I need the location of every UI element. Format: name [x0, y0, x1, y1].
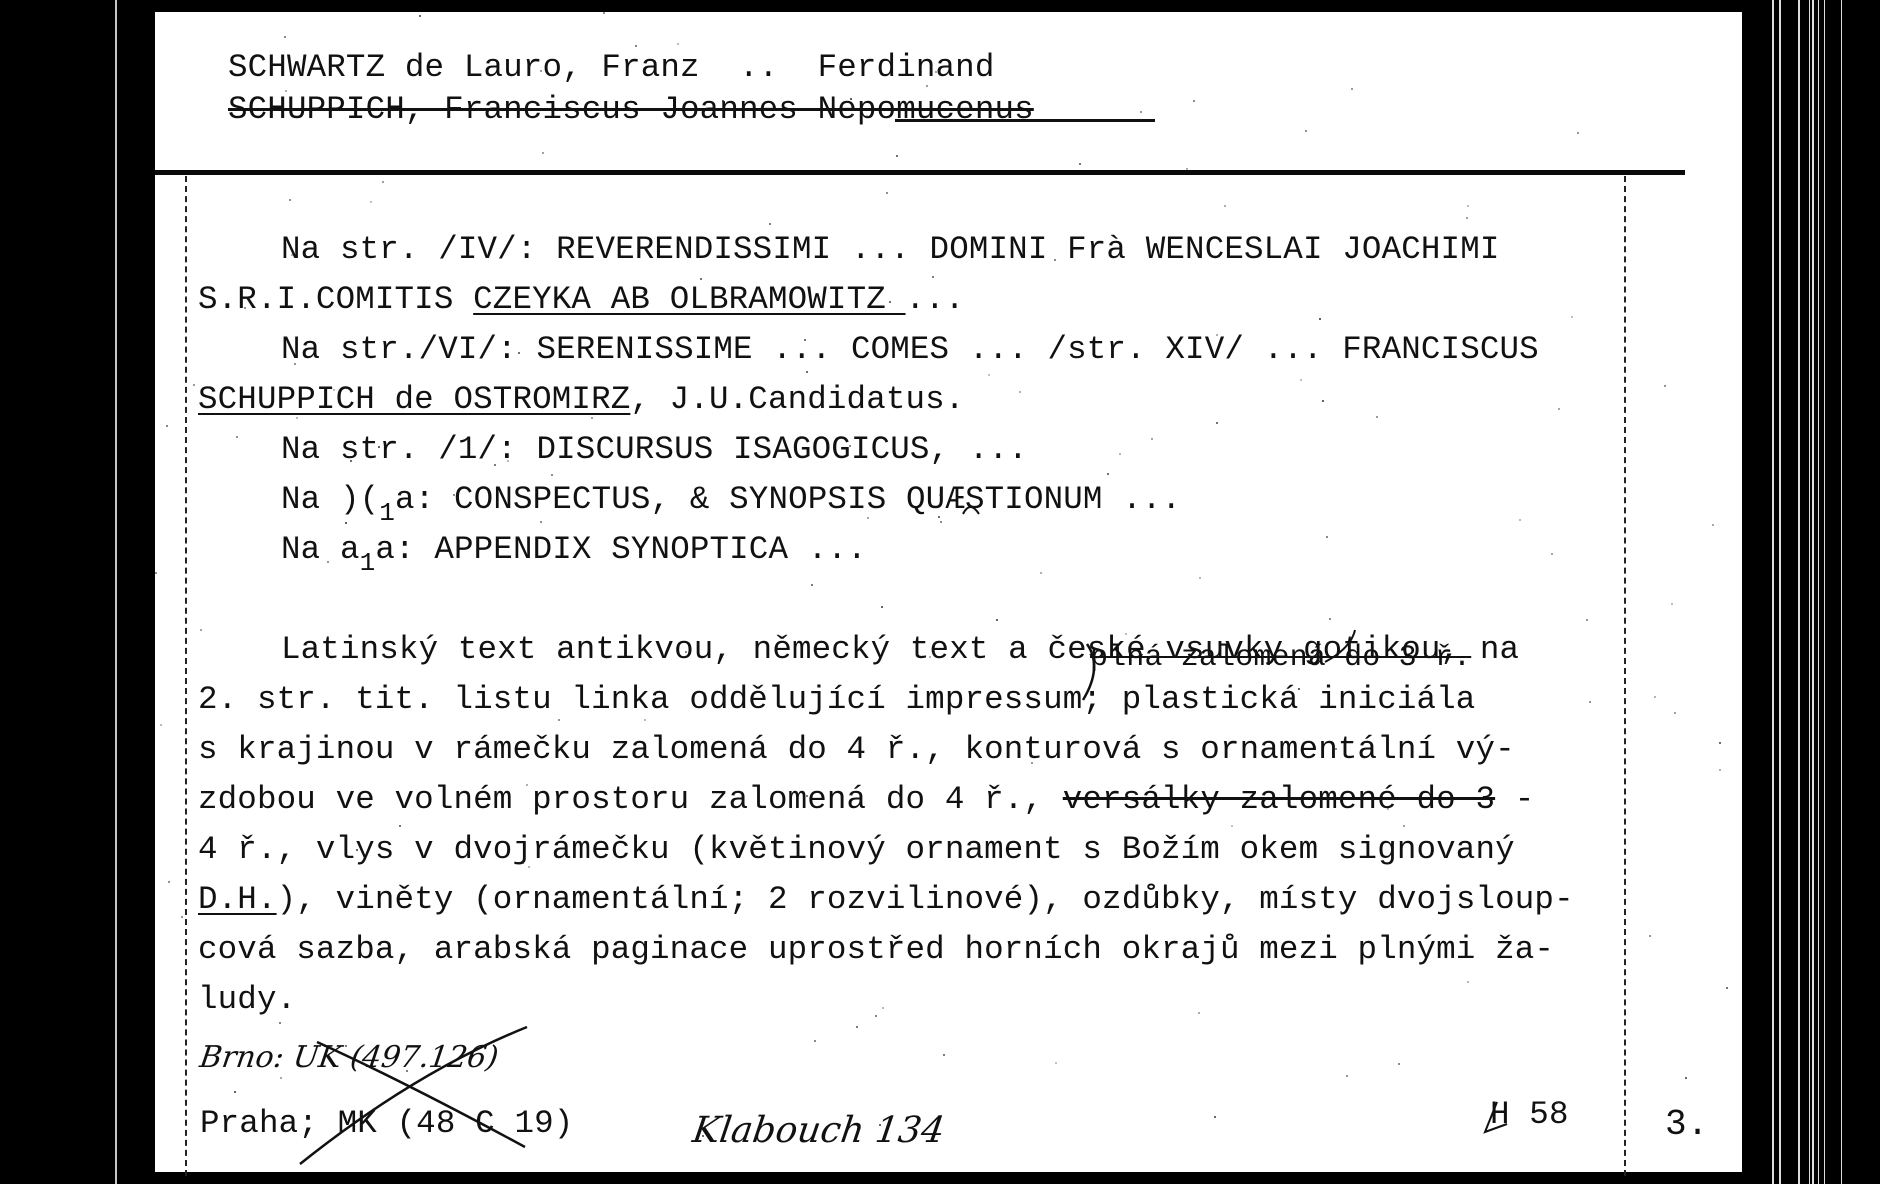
scan-noise [453, 494, 455, 496]
text-segment: Na str. /1/: DISCURSUS ISAGOGICUS, ... [281, 431, 1028, 468]
scan-noise [1712, 524, 1714, 526]
scan-noise [345, 1045, 347, 1047]
right-margin-line [1624, 176, 1626, 1176]
text-segment: zdobou ve volném prostoru zalomená do 4 … [198, 781, 1063, 818]
struck-text: versálky zalomené do 3 [1063, 781, 1495, 818]
handwritten-insertion: plná zalomená do 3 ř. [1090, 640, 1471, 676]
scan-noise [1322, 400, 1324, 402]
scan-noise [1224, 205, 1226, 207]
left-margin-line [185, 176, 187, 1176]
scan-noise [1387, 808, 1389, 810]
transcription-line: Na )(1a: CONSPECTUS, & SYNOPSIS QUÆSTION… [281, 482, 1181, 519]
scan-noise [528, 866, 530, 868]
scan-noise [540, 70, 542, 72]
description-line: ludy. [198, 982, 296, 1018]
scan-stripe [1798, 0, 1800, 1184]
scan-noise [200, 629, 202, 631]
scan-noise [1151, 438, 1153, 440]
scan-noise [507, 460, 509, 462]
scan-noise [356, 849, 358, 851]
scan-noise [551, 474, 553, 476]
scan-noise [591, 417, 593, 419]
scan-noise [929, 656, 931, 658]
scan-noise [644, 719, 646, 721]
text-segment: Na str./VI/: SERENISSIME ... COMES ... /… [281, 331, 1539, 368]
scan-noise [804, 339, 806, 341]
scan-noise [518, 352, 520, 354]
scan-noise [938, 516, 940, 518]
strike-extension [895, 119, 1155, 122]
scan-noise [542, 152, 544, 154]
header-name-line: SCHWARTZ de Lauro, Franz .. Ferdinand [228, 50, 994, 86]
scan-noise [1140, 111, 1142, 113]
scan-noise [1231, 825, 1233, 827]
transcription-line: Na str. /1/: DISCURSUS ISAGOGICUS, ... [281, 432, 1028, 468]
scan-noise [1193, 100, 1195, 102]
scan-noise [886, 192, 888, 194]
struck-name-line: SCHUPPICH, Franciscus Joannes Nepomucenu… [228, 92, 1034, 128]
text-segment: 4 ř., vlys v dvojrámečku (květinový orna… [198, 831, 1515, 868]
scan-noise [1466, 217, 1468, 219]
text-segment: ludy. [198, 981, 296, 1018]
scan-noise [1319, 318, 1321, 320]
scan-noise [1055, 1062, 1057, 1064]
scan-noise [1346, 1075, 1348, 1077]
scan-noise [291, 254, 293, 256]
text-segment: , J.U.Candidatus. [630, 381, 964, 418]
scan-noise [1287, 747, 1289, 749]
description-line: cová sazba, arabská paginace uprostřed h… [198, 932, 1554, 968]
scan-noise [932, 276, 934, 278]
praha-holding: Praha; MK (48 C 19) [200, 1106, 573, 1142]
scan-noise [1556, 1102, 1558, 1104]
scan-noise [1300, 379, 1302, 381]
scan-noise [881, 606, 883, 608]
scan-noise [1198, 1012, 1200, 1014]
scan-noise [406, 1070, 408, 1072]
scan-noise [1199, 577, 1201, 579]
scan-noise [1329, 618, 1331, 620]
scan-noise [1305, 130, 1307, 132]
scan-noise [234, 1091, 236, 1093]
scan-noise [1340, 911, 1342, 913]
underlined-name: D.H. [198, 881, 277, 918]
text-segment: cová sazba, arabská paginace uprostřed h… [198, 931, 1554, 968]
scan-stripe [1779, 0, 1781, 1184]
scan-noise [1719, 742, 1721, 744]
scan-noise [382, 181, 384, 183]
scan-noise [814, 1040, 816, 1042]
scan-noise [1019, 391, 1021, 393]
card-number: 3. [1665, 1107, 1709, 1143]
text-segment: a: CONSPECTUS, & SYNOPSIS QUÆSTIONUM ... [395, 481, 1181, 518]
scan-noise [935, 71, 937, 73]
scan-noise [350, 460, 352, 462]
scan-noise [1326, 536, 1328, 538]
scan-noise [866, 115, 868, 117]
scan-noise [1040, 572, 1042, 574]
scan-noise [1214, 1116, 1216, 1118]
description-line: s krajinou v rámečku zalomená do 4 ř., k… [198, 732, 1515, 768]
scan-noise [1577, 132, 1579, 134]
scan-noise [677, 43, 679, 45]
scan-noise [851, 114, 853, 116]
scan-noise [806, 795, 808, 797]
description-line: 2. str. tit. listu linka oddělující impr… [198, 682, 1475, 718]
scan-noise [155, 572, 157, 574]
scan-noise [940, 521, 942, 523]
scan-noise [889, 301, 891, 303]
scan-noise [1216, 334, 1218, 336]
scan-noise [284, 36, 286, 38]
scan-noise [327, 561, 329, 563]
description-line: zdobou ve volném prostoru zalomená do 4 … [198, 782, 1534, 818]
scan-noise [1664, 385, 1666, 387]
transcription-line: SCHUPPICH de OSTROMIRZ, J.U.Candidatus. [198, 382, 964, 418]
scan-noise [193, 384, 195, 386]
description-line: D.H.), viněty (ornamentální; 2 rozvilino… [198, 882, 1574, 918]
text-segment: Na str. /IV/: REVERENDISSIMI ... DOMINI … [281, 231, 1500, 268]
scan-noise [988, 374, 990, 376]
text-segment: s krajinou v rámečku zalomená do 4 ř., k… [198, 731, 1515, 768]
scan-stripe [1812, 0, 1814, 1184]
scan-noise [1186, 168, 1188, 170]
transcription-line: Na a1a: APPENDIX SYNOPTICA ... [281, 532, 867, 569]
scan-noise [168, 881, 170, 883]
scan-stripe [1841, 0, 1842, 1184]
scan-noise [280, 1077, 282, 1079]
text-segment: S.R.I.COMITIS [198, 281, 473, 318]
scan-noise [494, 464, 496, 466]
scan-noise [1125, 633, 1127, 635]
scan-noise [419, 15, 421, 17]
scan-stripe [1809, 0, 1810, 1184]
scan-noise [1589, 701, 1591, 703]
scan-noise [811, 584, 813, 586]
scan-noise [700, 278, 702, 280]
scan-noise [849, 445, 851, 447]
text-segment: 2. str. tit. listu linka oddělující impr… [198, 681, 1475, 718]
scan-noise [1054, 259, 1056, 261]
header-rule [155, 170, 1685, 175]
scan-noise [1262, 892, 1264, 894]
scan-noise [722, 100, 724, 102]
scan-noise [1654, 696, 1656, 698]
scan-edge-line [115, 0, 117, 1184]
scan-noise [1719, 769, 1721, 771]
scan-noise [1335, 748, 1337, 750]
scan-noise [1351, 88, 1353, 90]
scan-noise [181, 916, 183, 918]
scan-noise [289, 199, 291, 201]
scan-noise [166, 425, 168, 427]
scan-noise [896, 155, 898, 157]
scan-noise [1586, 619, 1588, 621]
scan-noise [160, 724, 162, 726]
scan-noise [582, 893, 584, 895]
scan-noise [1674, 712, 1676, 714]
scan-noise [643, 291, 645, 293]
description-line: 4 ř., vlys v dvojrámečku (květinový orna… [198, 832, 1515, 868]
scan-noise [1398, 1063, 1400, 1065]
scan-noise [378, 446, 380, 448]
catalog-card: SCHWARTZ de Lauro, Franz .. Ferdinand SC… [155, 12, 1742, 1172]
scan-noise [236, 436, 238, 438]
scan-noise [1376, 416, 1378, 418]
subscript: 1 [379, 498, 395, 528]
text-segment: Na )( [281, 481, 379, 518]
text-segment: ... [906, 281, 965, 318]
scan-noise [867, 517, 869, 519]
scan-noise [522, 862, 524, 864]
scan-noise [1726, 987, 1728, 989]
transcription-line: Na str. /IV/: REVERENDISSIMI ... DOMINI … [281, 232, 1500, 268]
underlined-name: CZEYKA AB OLBRAMOWITZ [473, 281, 905, 318]
scan-noise [1298, 688, 1300, 690]
scan-noise [1079, 163, 1081, 165]
scan-noise [939, 494, 941, 496]
scan-noise [1107, 473, 1109, 475]
scan-noise [1216, 422, 1218, 424]
scan-noise [370, 201, 372, 203]
scan-stripe [1824, 0, 1825, 1184]
scan-noise [926, 85, 928, 87]
transcription-line: Na str./VI/: SERENISSIME ... COMES ... /… [281, 332, 1539, 368]
scan-noise [1551, 553, 1553, 555]
scan-noise [1403, 825, 1405, 827]
scan-noise [1558, 408, 1560, 410]
subscript: 1 [360, 548, 376, 578]
scan-noise [1649, 935, 1651, 937]
scan-noise [769, 223, 771, 225]
scan-noise [702, 1135, 704, 1137]
scan-noise [1467, 981, 1469, 983]
scan-noise [1685, 1077, 1687, 1079]
text-segment: - [1495, 781, 1534, 818]
scan-noise [635, 45, 637, 47]
scan-noise [1119, 453, 1121, 455]
scan-noise [603, 12, 605, 14]
scan-noise [1467, 205, 1469, 207]
scan-noise [996, 619, 998, 621]
scan-noise [1031, 762, 1033, 764]
text-segment: Na a [281, 531, 360, 568]
scan-noise [294, 363, 296, 365]
scan-stripe [1772, 0, 1774, 1184]
scan-noise [526, 784, 528, 786]
text-segment: a: APPENDIX SYNOPTICA ... [375, 531, 866, 568]
brno-holding: Brno: UK (497.126) [198, 1040, 501, 1075]
scan-noise [540, 521, 542, 523]
scan-noise [1571, 316, 1573, 318]
scan-noise [345, 522, 347, 524]
scan-noise [279, 1022, 281, 1024]
scan-noise [879, 1124, 881, 1126]
underlined-name: SCHUPPICH de OSTROMIRZ [198, 381, 630, 418]
text-segment: ), viněty (ornamentální; 2 rozvilinové),… [277, 881, 1574, 918]
scan-noise [685, 651, 687, 653]
scan-noise [806, 371, 808, 373]
scan-noise [1671, 603, 1673, 605]
scan-noise [1519, 519, 1521, 521]
handwritten-reference: Klabouch 134 [690, 1110, 947, 1151]
scan-noise [850, 98, 852, 100]
scan-noise [558, 719, 560, 721]
scan-noise [875, 1015, 877, 1017]
scan-noise [943, 1054, 945, 1056]
pen-marks [155, 12, 1742, 1172]
scan-noise [856, 1026, 858, 1028]
scan-noise [296, 417, 298, 419]
scan-noise [399, 825, 401, 827]
transcription-line: S.R.I.COMITIS CZEYKA AB OLBRAMOWITZ ... [198, 282, 965, 318]
scan-stripe [1818, 0, 1819, 1184]
scan-noise [285, 90, 287, 92]
scan-noise [333, 389, 335, 391]
scan-noise [882, 1007, 884, 1009]
scan-noise [244, 307, 246, 309]
